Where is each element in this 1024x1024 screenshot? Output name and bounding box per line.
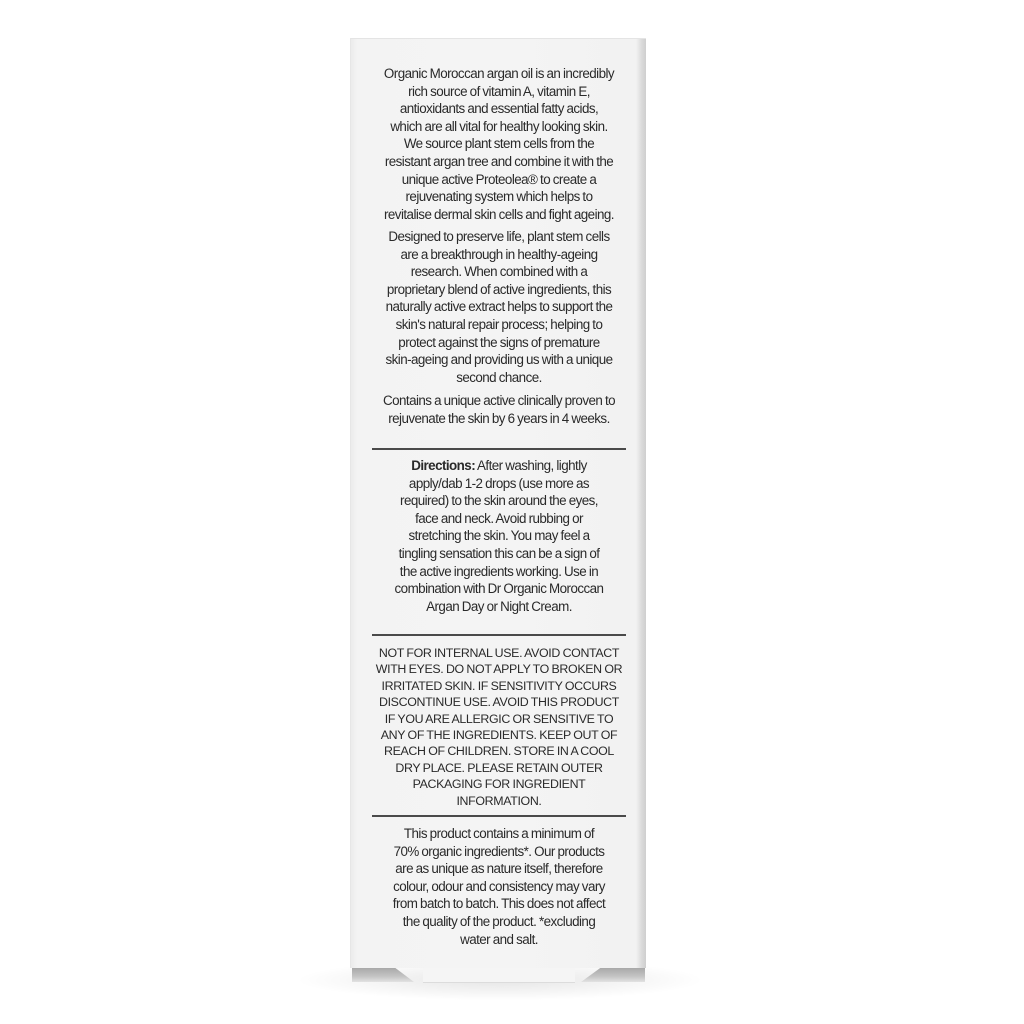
text-line: DISCONTINUE USE. AVOID THIS PRODUCT (365, 694, 633, 710)
text-line: IF YOU ARE ALLERGIC OR SENSITIVE TO (365, 711, 633, 727)
text-line: naturally active extract helps to suppor… (365, 298, 633, 316)
text-line: This product contains a minimum of (365, 825, 633, 843)
text-line: INFORMATION. (365, 793, 633, 809)
text-line: are as unique as nature itself, therefor… (365, 860, 633, 878)
text-line: We source plant stem cells from the (365, 135, 633, 153)
text-line: WITH EYES. DO NOT APPLY TO BROKEN OR (365, 661, 633, 677)
text-line: REACH OF CHILDREN. STORE IN A COOL (365, 743, 633, 759)
text-line: tingling sensation this can be a sign of (365, 545, 633, 563)
text-line: required) to the skin around the eyes, (365, 492, 633, 510)
divider (372, 634, 626, 636)
text-line: combination with Dr Organic Moroccan (365, 580, 633, 598)
text-line: 70% organic ingredients*. Our products (365, 843, 633, 861)
text-line: IRRITATED SKIN. IF SENSITIVITY OCCURS (365, 678, 633, 694)
text-line: revitalise dermal skin cells and fight a… (365, 206, 633, 224)
text-line: rejuvenate the skin by 6 years in 4 week… (365, 410, 633, 428)
organic-statement-paragraph: This product contains a minimum of 70% o… (365, 825, 633, 948)
text-line: colour, odour and consistency may vary (365, 878, 633, 896)
text-line: are a breakthrough in healthy-ageing (365, 246, 633, 264)
text-line: which are all vital for healthy looking … (365, 118, 633, 136)
text-line: DRY PLACE. PLEASE RETAIN OUTER (365, 760, 633, 776)
text-line: Contains a unique active clinically prov… (365, 392, 633, 410)
text-line: Directions: After washing, lightly (365, 457, 633, 475)
text-line: Argan Day or Night Cream. (365, 598, 633, 616)
divider (372, 448, 626, 450)
text-line: from batch to batch. This does not affec… (365, 895, 633, 913)
clinical-claim-paragraph: Contains a unique active clinically prov… (365, 392, 633, 427)
text-line: ANY OF THE INGREDIENTS. KEEP OUT OF (365, 727, 633, 743)
text-line: stretching the skin. You may feel a (365, 527, 633, 545)
text-line: proprietary blend of active ingredients,… (365, 281, 633, 299)
text-line: the quality of the product. *excluding (365, 913, 633, 931)
text-line: resistant argan tree and combine it with… (365, 153, 633, 171)
text-line: second chance. (365, 369, 633, 387)
text-line: face and neck. Avoid rubbing or (365, 510, 633, 528)
text-line: PACKAGING FOR INGREDIENT (365, 776, 633, 792)
text-line: antioxidants and essential fatty acids, (365, 100, 633, 118)
directions-paragraph: Directions: After washing, lightly apply… (365, 457, 633, 615)
intro-paragraph: Organic Moroccan argan oil is an incredi… (365, 65, 633, 223)
product-box-side-panel: Organic Moroccan argan oil is an incredi… (350, 38, 646, 968)
directions-label: Directions: (411, 458, 475, 473)
stem-cells-paragraph: Designed to preserve life, plant stem ce… (365, 228, 633, 386)
text-line: rejuvenating system which helps to (365, 188, 633, 206)
text-line: Organic Moroccan argan oil is an incredi… (365, 65, 633, 83)
text-line: rich source of vitamin A, vitamin E, (365, 83, 633, 101)
product-photo: Organic Moroccan argan oil is an incredi… (0, 0, 1024, 1024)
text-line: Designed to preserve life, plant stem ce… (365, 228, 633, 246)
text-line: apply/dab 1-2 drops (use more as (365, 475, 633, 493)
divider (372, 815, 626, 817)
directions-first-line: After washing, lightly (475, 458, 587, 473)
warning-paragraph: NOT FOR INTERNAL USE. AVOID CONTACT WITH… (365, 645, 633, 809)
text-line: water and salt. (365, 931, 633, 949)
text-line: unique active Proteolea® to create a (365, 171, 633, 189)
text-line: NOT FOR INTERNAL USE. AVOID CONTACT (365, 645, 633, 661)
bottom-flap (423, 968, 575, 983)
text-line: skin-ageing and providing us with a uniq… (365, 351, 633, 369)
text-line: skin's natural repair process; helping t… (365, 316, 633, 334)
text-line: protect against the signs of premature (365, 334, 633, 352)
text-line: the active ingredients working. Use in (365, 563, 633, 581)
text-line: research. When combined with a (365, 263, 633, 281)
